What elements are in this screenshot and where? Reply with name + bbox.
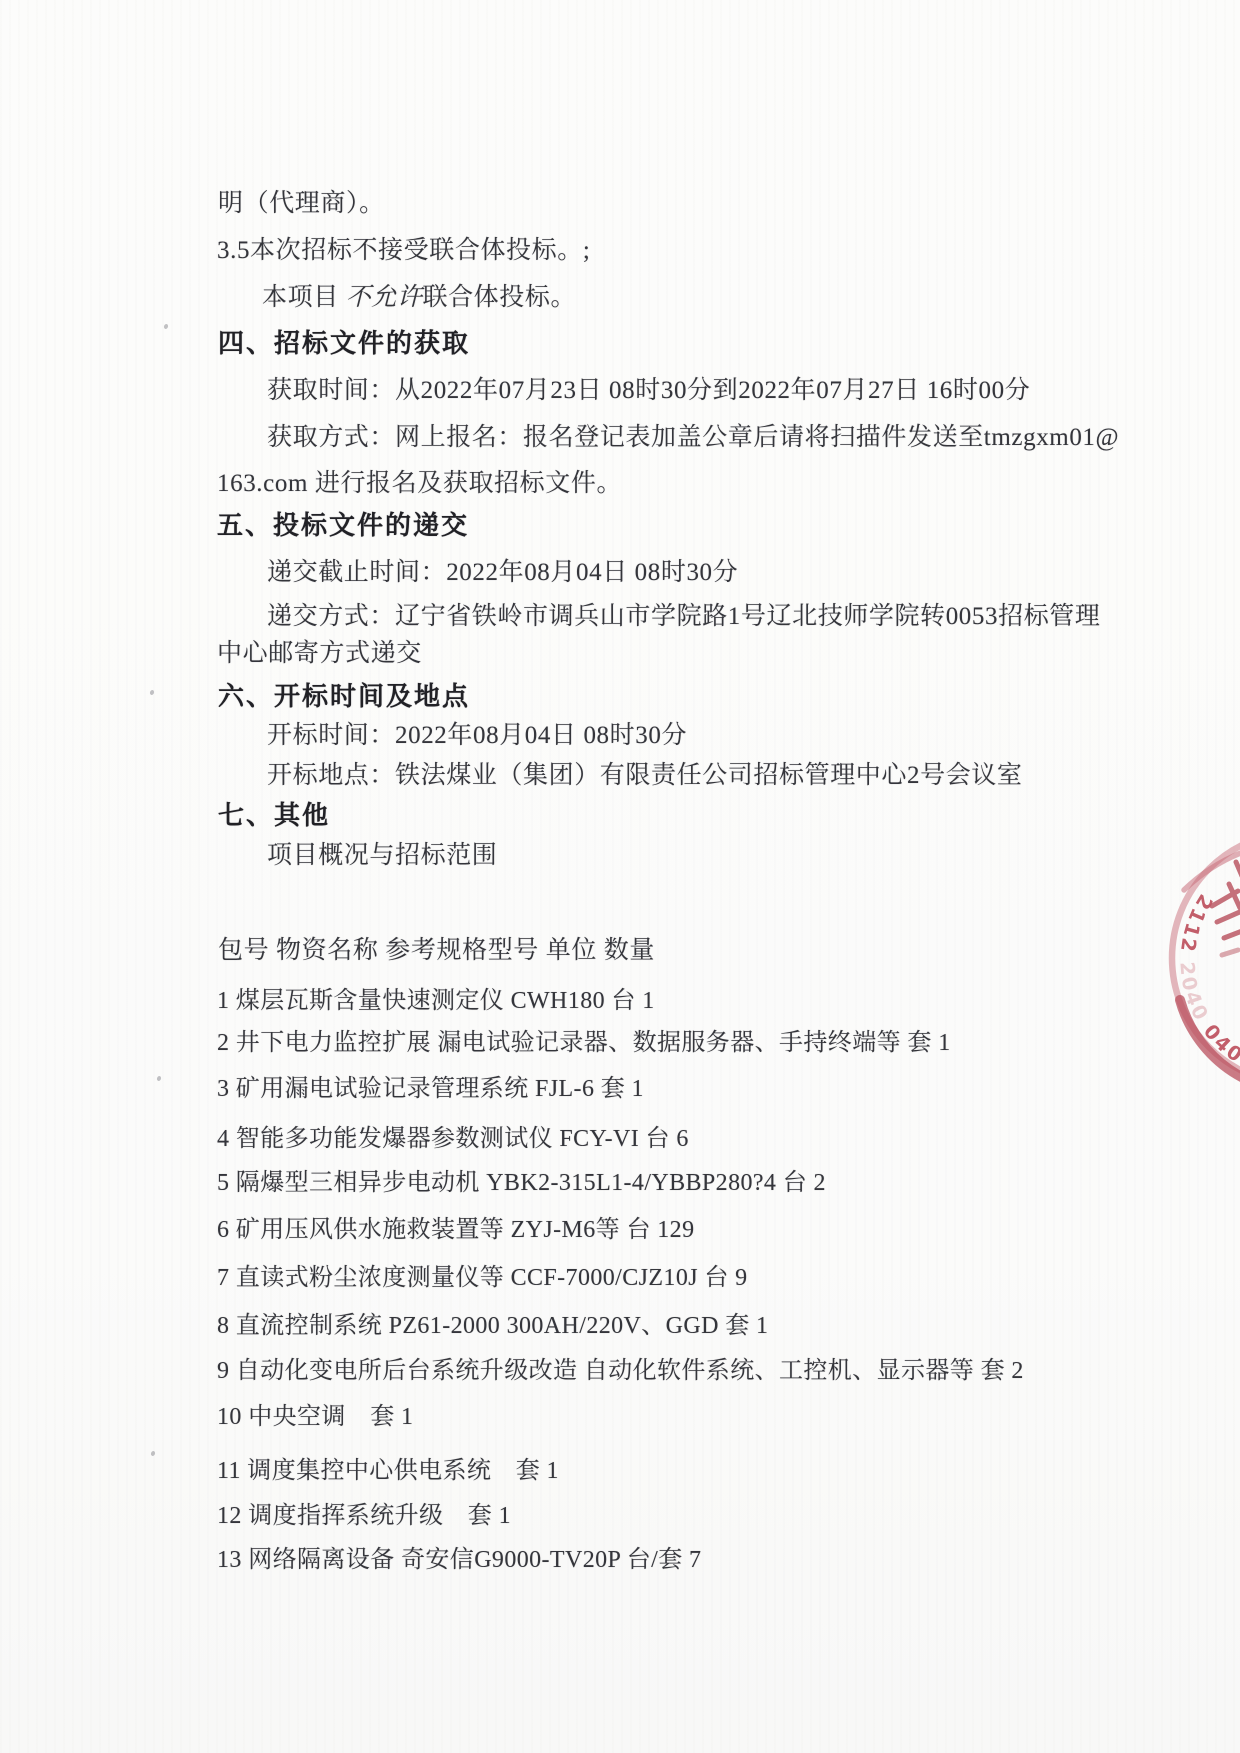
item-line: 13 网络隔离设备 奇安信G9000-TV20P 台/套 7 — [217, 1548, 701, 1574]
paragraph-line: 开标时间：2022年08月04日 08时30分 — [267, 722, 687, 749]
item-line: 7 直读式粉尘浓度测量仪等 CCF-7000/CJZ10J 台 9 — [217, 1266, 748, 1292]
item-line: 4 智能多功能发爆器参数测试仪 FCY-VI 台 6 — [217, 1127, 689, 1153]
item-line: 6 矿用压风供水施救装置等 ZYJ-M6等 台 129 — [217, 1218, 694, 1244]
document-page: 明（代理商）。3.5本次招标不接受联合体投标。;本项目 不允许联合体投标。四、招… — [0, 0, 1240, 1753]
paragraph-line: 163.com 进行报名及获取招标文件。 — [217, 470, 622, 497]
text-segment: 本项目 — [262, 284, 346, 311]
item-line: 9 自动化变电所后台系统升级改造 自动化软件系统、工控机、显示器等 套 2 — [217, 1359, 1024, 1385]
paragraph-line: 中心邮寄方式递交 — [217, 640, 422, 667]
section-heading-6: 六、开标时间及地点 — [218, 682, 470, 710]
paragraph-line: 3.5本次招标不接受联合体投标。; — [217, 237, 590, 264]
stamp-digits-bottom: 0401529 — [1060, 780, 1240, 1076]
scan-speck — [149, 689, 154, 695]
text-segment: 联合体投标。 — [422, 284, 576, 311]
paragraph-line: 递交截止时间：2022年08月04日 08时30分 — [267, 559, 738, 586]
scan-speck — [150, 1450, 155, 1456]
paragraph-line: 递交方式：辽宁省铁岭市调兵山市学院路1号辽北技师学院转0053招标管理 — [267, 603, 1101, 630]
paragraph-line: 获取时间：从2022年07月23日 08时30分到2022年07月27日 16时… — [267, 377, 1030, 404]
item-line: 12 调度指挥系统升级 套 1 — [217, 1504, 511, 1530]
section-heading-5: 五、投标文件的递交 — [217, 511, 469, 539]
stamp-ring-bottom-arc — [1180, 1000, 1240, 1082]
stamp-ring — [1172, 832, 1240, 1084]
paragraph-line: 获取方式：网上报名：报名登记表加盖公章后请将扫描件发送至tmzgxm01@ — [267, 424, 1119, 451]
item-line: 8 直流控制系统 PZ61-2000 300AH/220V、GGD 套 1 — [217, 1314, 768, 1340]
item-line: 5 隔爆型三相异步电动机 YBK2-315L1-4/YBBP280?4 台 2 — [217, 1171, 826, 1197]
items-table-header: 包号 物资名称 参考规格型号 单位 数量 — [218, 937, 655, 964]
emphasized-text: 不允许 — [346, 284, 423, 311]
scan-speck — [156, 1075, 161, 1081]
stamp-ring-top-arc — [1184, 849, 1240, 890]
scan-speck — [163, 323, 168, 329]
item-line: 2 井下电力监控扩展 漏电试验记录器、数据服务器、手持终端等 套 1 — [217, 1031, 951, 1057]
paragraph-line: 本项目 不允许联合体投标。 — [262, 284, 576, 311]
paragraph-line: 明（代理商）。 — [218, 190, 385, 217]
red-seal-stamp: 2112 2040 0401529 — [1060, 780, 1240, 1120]
item-line: 3 矿用漏电试验记录管理系统 FJL-6 套 1 — [217, 1077, 644, 1103]
stamp-glyph-fragment — [1212, 862, 1240, 955]
section-heading-7: 七、其他 — [218, 801, 330, 829]
paragraph-line: 项目概况与招标范围 — [267, 842, 497, 869]
section-heading-4: 四、招标文件的获取 — [218, 329, 470, 357]
stamp-serial-digits: 2112 2040 0401529 — [1060, 780, 1240, 1076]
paragraph-line: 开标地点：铁法煤业（集团）有限责任公司招标管理中心2号会议室 — [267, 762, 1023, 789]
item-line: 1 煤层瓦斯含量快速测定仪 CWH180 台 1 — [217, 989, 655, 1015]
stamp-digits-faint: 2040 — [1175, 961, 1213, 1026]
item-line: 10 中央空调 套 1 — [217, 1405, 413, 1431]
stamp-digits-top: 2112 — [1176, 890, 1218, 955]
item-line: 11 调度集控中心供电系统 套 1 — [217, 1459, 559, 1485]
